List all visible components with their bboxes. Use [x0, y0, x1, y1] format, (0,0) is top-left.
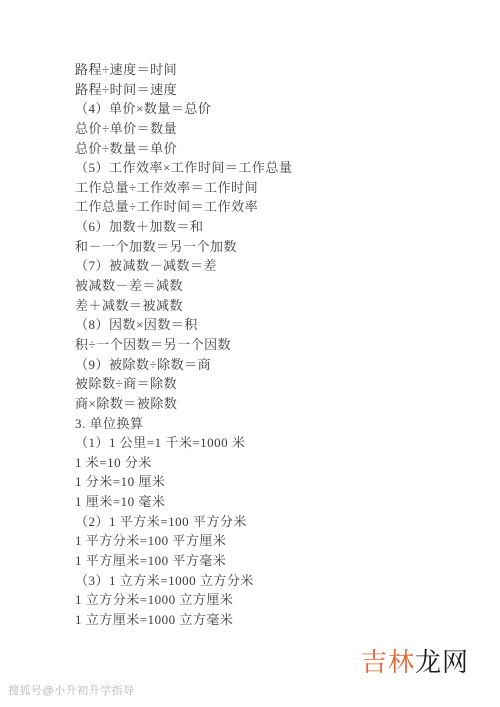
formula-line: 工作总量÷工作效率＝工作时间: [75, 178, 475, 198]
section-heading: 3. 单位换算: [75, 414, 475, 434]
source-credit: 搜狐号@小升初升学指导: [8, 684, 135, 698]
formula-line: 1 分米=10 厘米: [75, 472, 475, 492]
formula-line: （7）被减数－减数＝差: [75, 256, 475, 276]
site-watermark: 吉林龙网: [361, 646, 469, 678]
formula-line: （8）因数×因数＝积: [75, 315, 475, 335]
formula-line: （5）工作效率×工作时间＝工作总量: [75, 158, 475, 178]
watermark-brand-left: 吉林: [361, 647, 415, 677]
formula-line: （4）单价×数量＝总价: [75, 99, 475, 119]
formula-line: （3）1 立方米=1000 立方分米: [75, 571, 475, 591]
formula-line: （9）被除数÷除数＝商: [75, 355, 475, 375]
formula-line: （2）1 平方米=100 平方分米: [75, 512, 475, 532]
formula-line: 1 厘米=10 毫米: [75, 492, 475, 512]
formula-line: 1 平方分米=100 平方厘米: [75, 531, 475, 551]
formula-line: 商×除数＝被除数: [75, 394, 475, 414]
formula-line: 1 米=10 分米: [75, 453, 475, 473]
watermark-brand-right: 龙网: [415, 647, 469, 677]
formula-line: 工作总量÷工作时间＝工作效率: [75, 197, 475, 217]
formula-line: 总价÷单价＝数量: [75, 119, 475, 139]
formula-line: 总价÷数量＝单价: [75, 139, 475, 159]
formula-line: 路程÷速度＝时间: [75, 60, 475, 80]
formula-line: 被减数－差＝减数: [75, 276, 475, 296]
formula-line: 积÷一个因数＝另一个因数: [75, 335, 475, 355]
formula-line: 差＋减数＝被减数: [75, 296, 475, 316]
formula-list: 路程÷速度＝时间 路程÷时间＝速度 （4）单价×数量＝总价 总价÷单价＝数量 总…: [75, 60, 475, 630]
formula-line: 路程÷时间＝速度: [75, 80, 475, 100]
formula-line: 1 立方厘米=1000 立方毫米: [75, 610, 475, 630]
formula-line: 1 平方厘米=100 平方毫米: [75, 551, 475, 571]
formula-line: （1）1 公里=1 千米=1000 米: [75, 433, 475, 453]
formula-line: 被除数÷商＝除数: [75, 374, 475, 394]
formula-line: （6）加数＋加数＝和: [75, 217, 475, 237]
formula-line: 1 立方分米=1000 立方厘米: [75, 590, 475, 610]
formula-line: 和－一个加数＝另一个加数: [75, 237, 475, 257]
document-page: 路程÷速度＝时间 路程÷时间＝速度 （4）单价×数量＝总价 总价÷单价＝数量 总…: [0, 0, 500, 707]
